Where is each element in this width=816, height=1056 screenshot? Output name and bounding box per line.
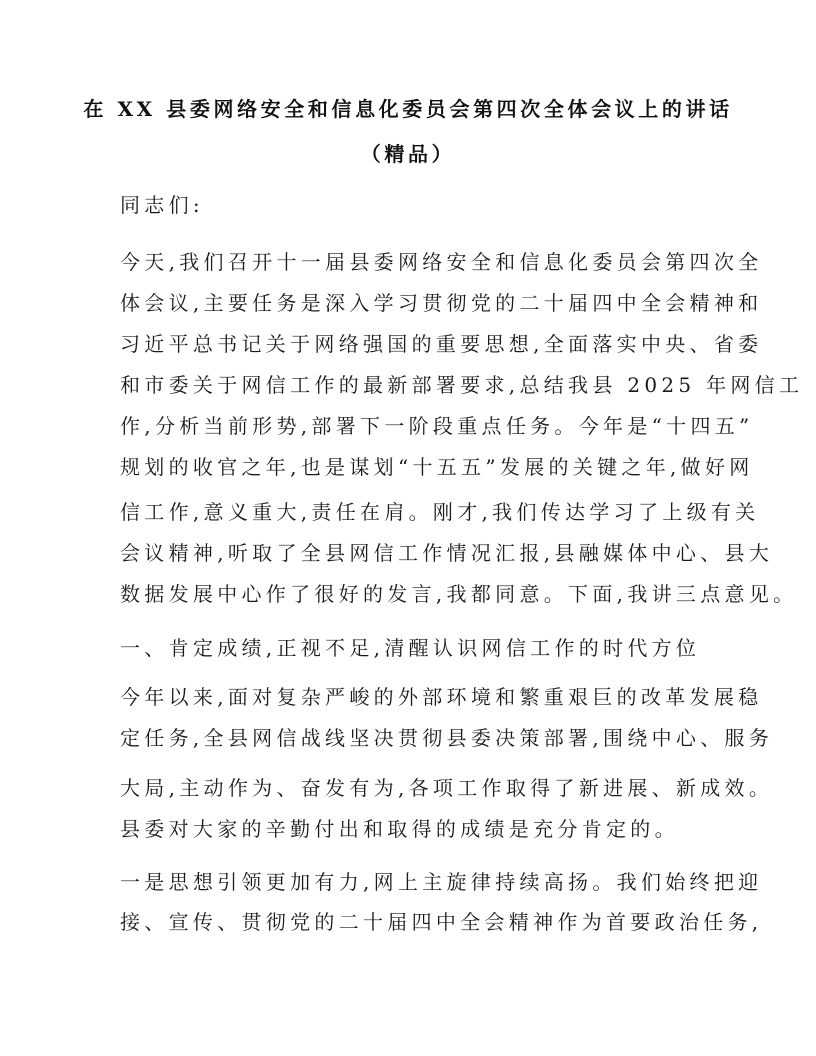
paragraph-line: 县委对大家的辛勤付出和取得的成绩是充分肯定的。 (120, 815, 679, 843)
paragraph-line: 习近平总书记关于网络强国的重要思想,全面落实中央、省委 (120, 330, 762, 358)
document-title: 在 XX 县委网络安全和信息化委员会第四次全体会议上的讲话 (0, 95, 816, 123)
paragraph-line: 今年以来,面对复杂严峻的外部环境和繁重艰巨的改革发展稳 (120, 683, 762, 711)
document-page: 在 XX 县委网络安全和信息化委员会第四次全体会议上的讲话 （精品） 同志们: … (0, 0, 816, 1056)
paragraph-line: 数据发展中心作了很好的发言,我都同意。下面,我讲三点意见。 (120, 580, 797, 608)
paragraph-line: 规划的收官之年,也是谋划“十五五”发展的关键之年,做好网 (120, 453, 754, 481)
document-subtitle: （精品） (0, 140, 816, 168)
paragraph-line: 和市委关于网信工作的最新部署要求,总结我县 2025 年网信工 (120, 371, 803, 399)
section-heading-1: 一、肯定成绩,正视不足,清醒认识网信工作的时代方位 (120, 634, 700, 662)
paragraph-line: 作,分析当前形势,部署下一阶段重点任务。今年是“十四五” (120, 412, 754, 440)
paragraph-line: 会议精神,听取了全县网信工作情况汇报,县融媒体中心、县大 (120, 539, 773, 567)
paragraph-line: 一是思想引领更加有力,网上主旋律持续高扬。我们始终把迎 (120, 868, 762, 896)
paragraph-line: 定任务,全县网信战线坚决贯彻县委决策部署,围绕中心、服务 (120, 724, 773, 752)
paragraph-line: 大局,主动作为、奋发有为,各项工作取得了新进展、新成效。 (120, 774, 773, 802)
paragraph-line: 接、宣传、贯彻党的二十届四中全会精神作为首要政治任务, (120, 908, 762, 936)
paragraph-line: 信工作,意义重大,责任在肩。刚才,我们传达学习了上级有关 (120, 498, 759, 526)
paragraph-line: 体会议,主要任务是深入学习贯彻党的二十届四中全会精神和 (120, 289, 762, 317)
salutation: 同志们: (120, 191, 204, 219)
paragraph-line: 今天,我们召开十一届县委网络安全和信息化委员会第四次全 (120, 248, 762, 276)
